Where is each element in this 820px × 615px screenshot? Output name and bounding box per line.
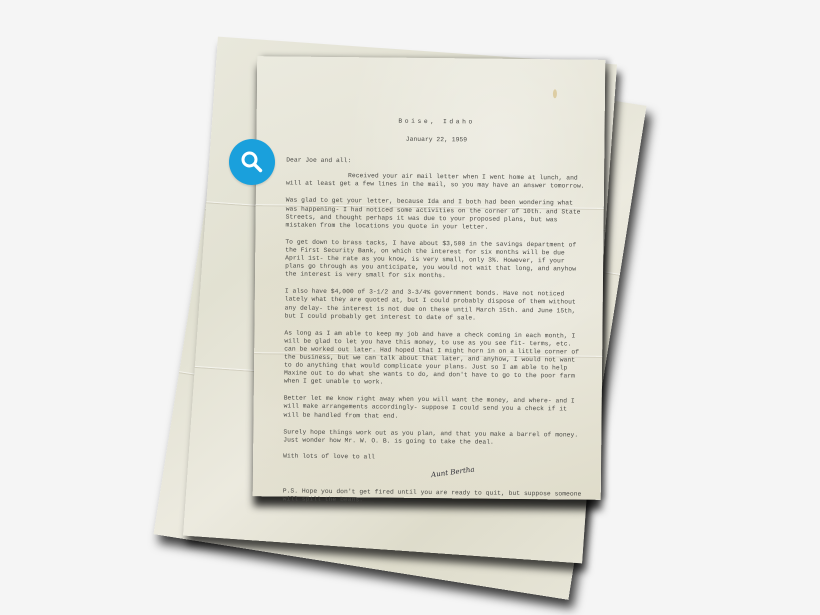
paper-stain bbox=[553, 89, 557, 98]
letter-paragraph: Surely hope things work out as you plan,… bbox=[283, 428, 583, 447]
letter-closing: With lots of love to all bbox=[283, 452, 583, 463]
letter-place: Boise, Idaho bbox=[287, 117, 587, 128]
letter-paragraph: Was glad to get your letter, because Ida… bbox=[286, 197, 586, 233]
letter-paragraph: Better let me know right away when you w… bbox=[284, 395, 584, 422]
letter-paragraph: Received your air mail letter when I wen… bbox=[286, 172, 586, 191]
letter-date: January 22, 1959 bbox=[286, 135, 586, 146]
letter-salutation: Dear Joe and all: bbox=[286, 157, 586, 168]
letter-signature: Aunt Bertha bbox=[431, 465, 475, 479]
letter-body: Boise, Idaho January 22, 1959 Dear Joe a… bbox=[283, 117, 587, 507]
letter-paragraph: To get down to brass tacks, I have about… bbox=[285, 238, 585, 282]
letter-pages-stack: Boise, Idaho January 22, 1959 Dear Joe a… bbox=[0, 0, 820, 615]
zoom-button[interactable] bbox=[229, 139, 275, 185]
magnifier-icon bbox=[239, 149, 265, 175]
letter-postscript: P.S. Hope you don't get fired until you … bbox=[283, 487, 583, 506]
letter-paragraph: As long as I am able to keep my job and … bbox=[284, 329, 585, 389]
letter-paragraph: I also have $4,000 of 3-1/2 and 3-3/4% g… bbox=[285, 288, 585, 324]
letter-page: Boise, Idaho January 22, 1959 Dear Joe a… bbox=[253, 56, 606, 500]
